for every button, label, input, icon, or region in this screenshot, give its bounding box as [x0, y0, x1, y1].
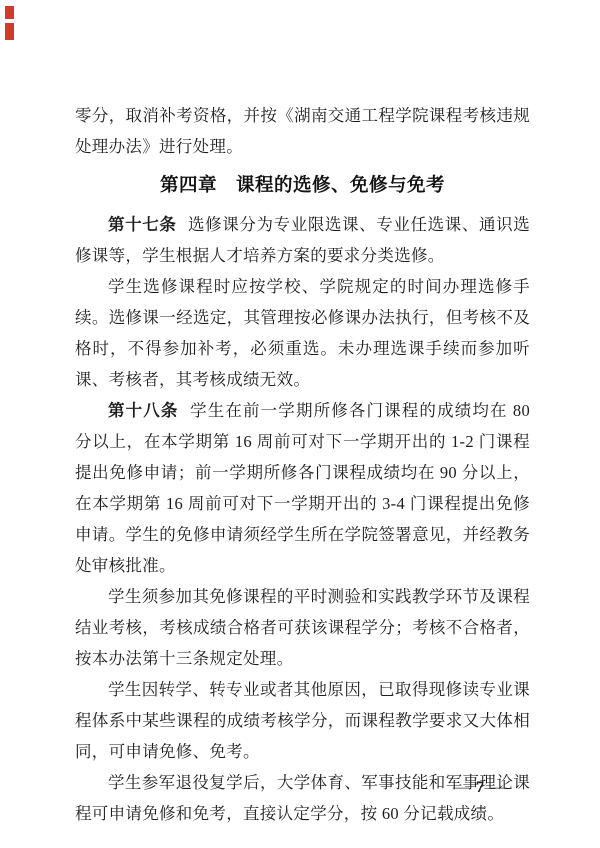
footer-left-dash: —	[453, 779, 470, 796]
red-artifact-mark	[5, 23, 14, 40]
paragraph: 第十七条选修课分为专业限选课、专业任选课、通识选修课等，学生根据人才培养方案的要…	[75, 209, 530, 271]
paragraphs-container: 第十七条选修课分为专业限选课、专业任选课、通识选修课等，学生根据人才培养方案的要…	[75, 209, 530, 829]
document-page: 零分，取消补考资格，并按《湖南交通工程学院课程考核违规处理办法》进行处理。 第四…	[0, 0, 600, 848]
paragraph: 第十八条学生在前一学期所修各门课程的成绩均在 80 分以上，在本学期第 16 周…	[75, 395, 530, 581]
footer-right-dash: —	[491, 779, 508, 796]
paragraph: 学生须参加其免修课程的平时测验和实践教学环节及课程结业考核，考核成绩合格者可获该…	[75, 581, 530, 674]
article-number: 第十八条	[108, 401, 179, 420]
paragraph: 学生参军退役复学后，大学体育、军事技能和军事理论课程可申请免修和免考，直接认定学…	[75, 767, 530, 829]
paragraph: 学生选修课程时应按学校、学院规定的时间办理选修手续。选修课一经选定，其管理按必修…	[75, 271, 530, 395]
chapter-heading: 第四章 课程的选修、免修与免考	[75, 169, 530, 200]
page-number: 7	[476, 779, 485, 796]
red-artifact-mark	[5, 6, 14, 19]
paragraph: 学生因转学、转专业或者其他原因，已取得现修读专业课程体系中某些课程的成绩考核学分…	[75, 674, 530, 767]
article-number: 第十七条	[108, 215, 176, 234]
document-content: 零分，取消补考资格，并按《湖南交通工程学院课程考核违规处理办法》进行处理。 第四…	[75, 100, 530, 829]
paragraph-continuation: 零分，取消补考资格，并按《湖南交通工程学院课程考核违规处理办法》进行处理。	[75, 100, 530, 162]
page-footer: —7—	[453, 778, 508, 798]
